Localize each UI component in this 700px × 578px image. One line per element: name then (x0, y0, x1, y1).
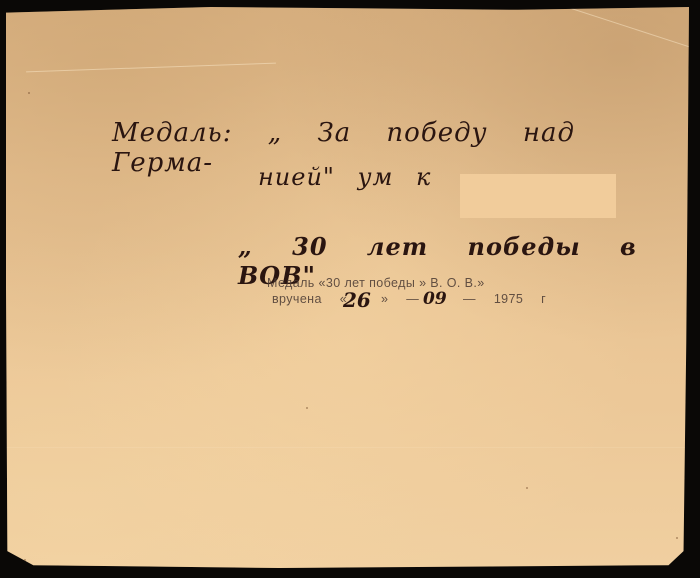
stamp-line-1: Медаль «30 лет победы » В. О. В.» (267, 276, 485, 290)
paper-crease (6, 447, 686, 448)
stamp-prefix: вручена « (272, 292, 347, 306)
redacted-area (460, 174, 616, 218)
paper-crease (569, 7, 700, 51)
handwritten-month: 09 (423, 289, 447, 309)
paper-speck (24, 559, 26, 561)
paper-crease (26, 63, 276, 73)
paper-speck (28, 92, 30, 94)
paper-speck (526, 487, 528, 489)
stamp-year: — 1975 г (463, 292, 546, 306)
handwritten-day: 26 (343, 288, 371, 312)
paper-speck (306, 407, 308, 409)
handwritten-line-2: нией" ум к (258, 163, 431, 191)
stamp-line-2: вручена «» — — 1975 г (272, 292, 546, 306)
paper-speck (676, 537, 678, 539)
